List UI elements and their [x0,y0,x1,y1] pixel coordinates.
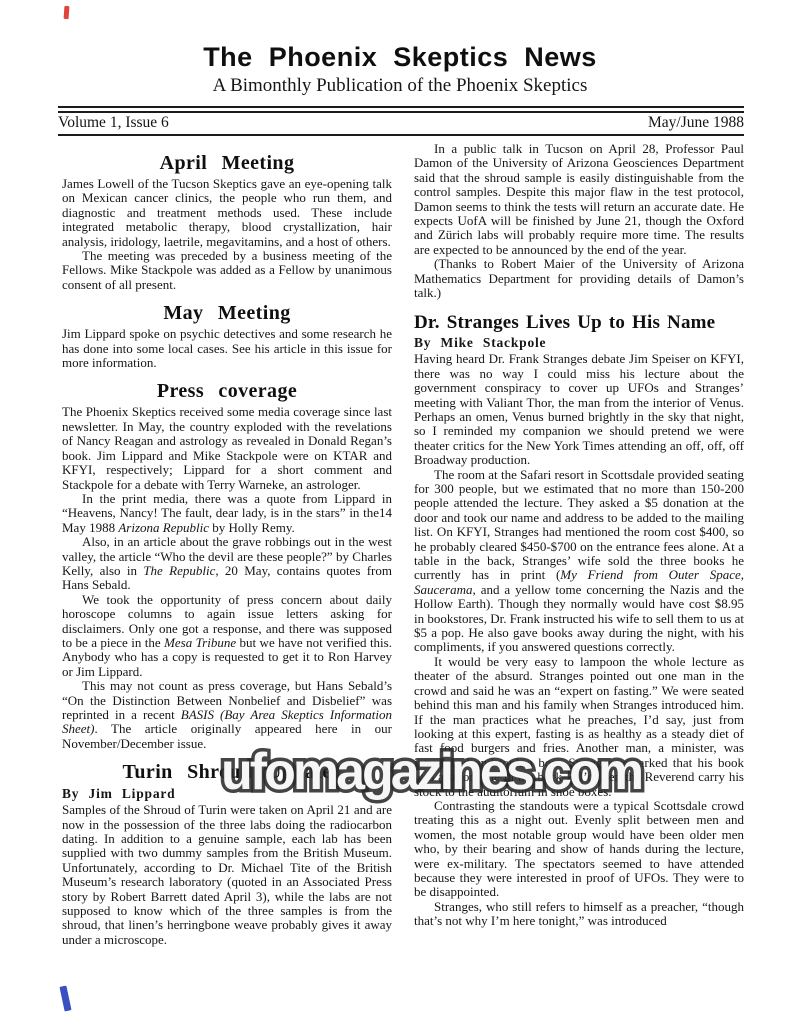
paragraph: The Phoenix Skeptics received some media… [62,405,392,491]
article-section: April MeetingJames Lowell of the Tucson … [62,152,392,292]
text-run: Mesa Tribune [164,635,236,650]
text-run: The meeting was preceded by a business m… [62,248,392,292]
text-run: Saucerama [414,582,473,597]
masthead: The Phoenix Skeptics News A Bimonthly Pu… [0,0,800,97]
section-heading: Press coverage [62,380,392,402]
paragraph: Samples of the Shroud of Turin were take… [62,803,392,947]
byline: By Mike Stackpole [414,335,744,351]
watermark: ufomagazines.com [221,746,641,798]
right-column: In a public talk in Tucson on April 28, … [414,142,744,947]
paragraph: In the print media, there was a quote fr… [62,492,392,535]
paragraph: We took the opportunity of press concern… [62,593,392,679]
paragraph: The room at the Safari resort in Scottsd… [414,468,744,655]
newsletter-title: The Phoenix Skeptics News [0,42,800,73]
paragraph: This may not count as press coverage, bu… [62,679,392,751]
text-run: My Friend from Outer Space [560,567,740,582]
text-run: The Phoenix Skeptics received some media… [62,404,392,491]
section-heading: Dr. Stranges Lives Up to His Name [414,313,744,334]
text-run: The room at the Safari resort in Scottsd… [414,467,744,583]
article-columns: April MeetingJames Lowell of the Tucson … [62,142,744,947]
double-rule [58,106,744,113]
text-run: , [741,567,744,582]
issue-rule [58,134,744,136]
paragraph: Stranges, who still refers to himself as… [414,900,744,929]
paragraph: Contrasting the standouts were a typical… [414,799,744,900]
text-run: Arizona Republic [118,520,209,535]
text-run: Samples of the Shroud of Turin were take… [62,802,392,947]
paragraph: James Lowell of the Tucson Skeptics gave… [62,177,392,249]
text-run: (Thanks to Robert Maier of the Universit… [414,256,744,300]
text-run: Having heard Dr. Frank Stranges debate J… [414,351,744,467]
paragraph: Having heard Dr. Frank Stranges debate J… [414,352,744,467]
newsletter-page: The Phoenix Skeptics News A Bimonthly Pu… [0,0,800,1028]
paragraph: (Thanks to Robert Maier of the Universit… [414,257,744,300]
text-run: The Republic [143,563,215,578]
paragraph: The meeting was preceded by a business m… [62,249,392,292]
text-run: Stranges, who still refers to himself as… [414,899,744,928]
text-run: by Holly Remy. [209,520,295,535]
scan-mark-blue [59,986,71,1012]
paragraph: Also, in an article about the grave robb… [62,535,392,593]
article-section: Dr. Stranges Lives Up to His NameBy Mike… [414,313,744,928]
issue-date: May/June 1988 [648,114,744,132]
article-section: May MeetingJim Lippard spoke on psychic … [62,302,392,370]
paragraph: In a public talk in Tucson on April 28, … [414,142,744,257]
article-section: In a public talk in Tucson on April 28, … [414,142,744,300]
left-column: April MeetingJames Lowell of the Tucson … [62,142,392,947]
text-run: Jim Lippard spoke on psychic detectives … [62,326,392,370]
text-run: In a public talk in Tucson on April 28, … [414,141,744,257]
text-run: Contrasting the standouts were a typical… [414,798,744,899]
volume-issue: Volume 1, Issue 6 [58,114,169,132]
newsletter-subtitle: A Bimonthly Publication of the Phoenix S… [0,75,800,97]
section-heading: May Meeting [62,302,392,324]
issue-line: Volume 1, Issue 6 May/June 1988 [58,114,744,132]
scan-mark-red [64,6,70,19]
text-run: James Lowell of the Tucson Skeptics gave… [62,176,392,249]
paragraph: Jim Lippard spoke on psychic detectives … [62,327,392,370]
section-heading: April Meeting [62,152,392,174]
article-section: Press coverageThe Phoenix Skeptics recei… [62,380,392,751]
